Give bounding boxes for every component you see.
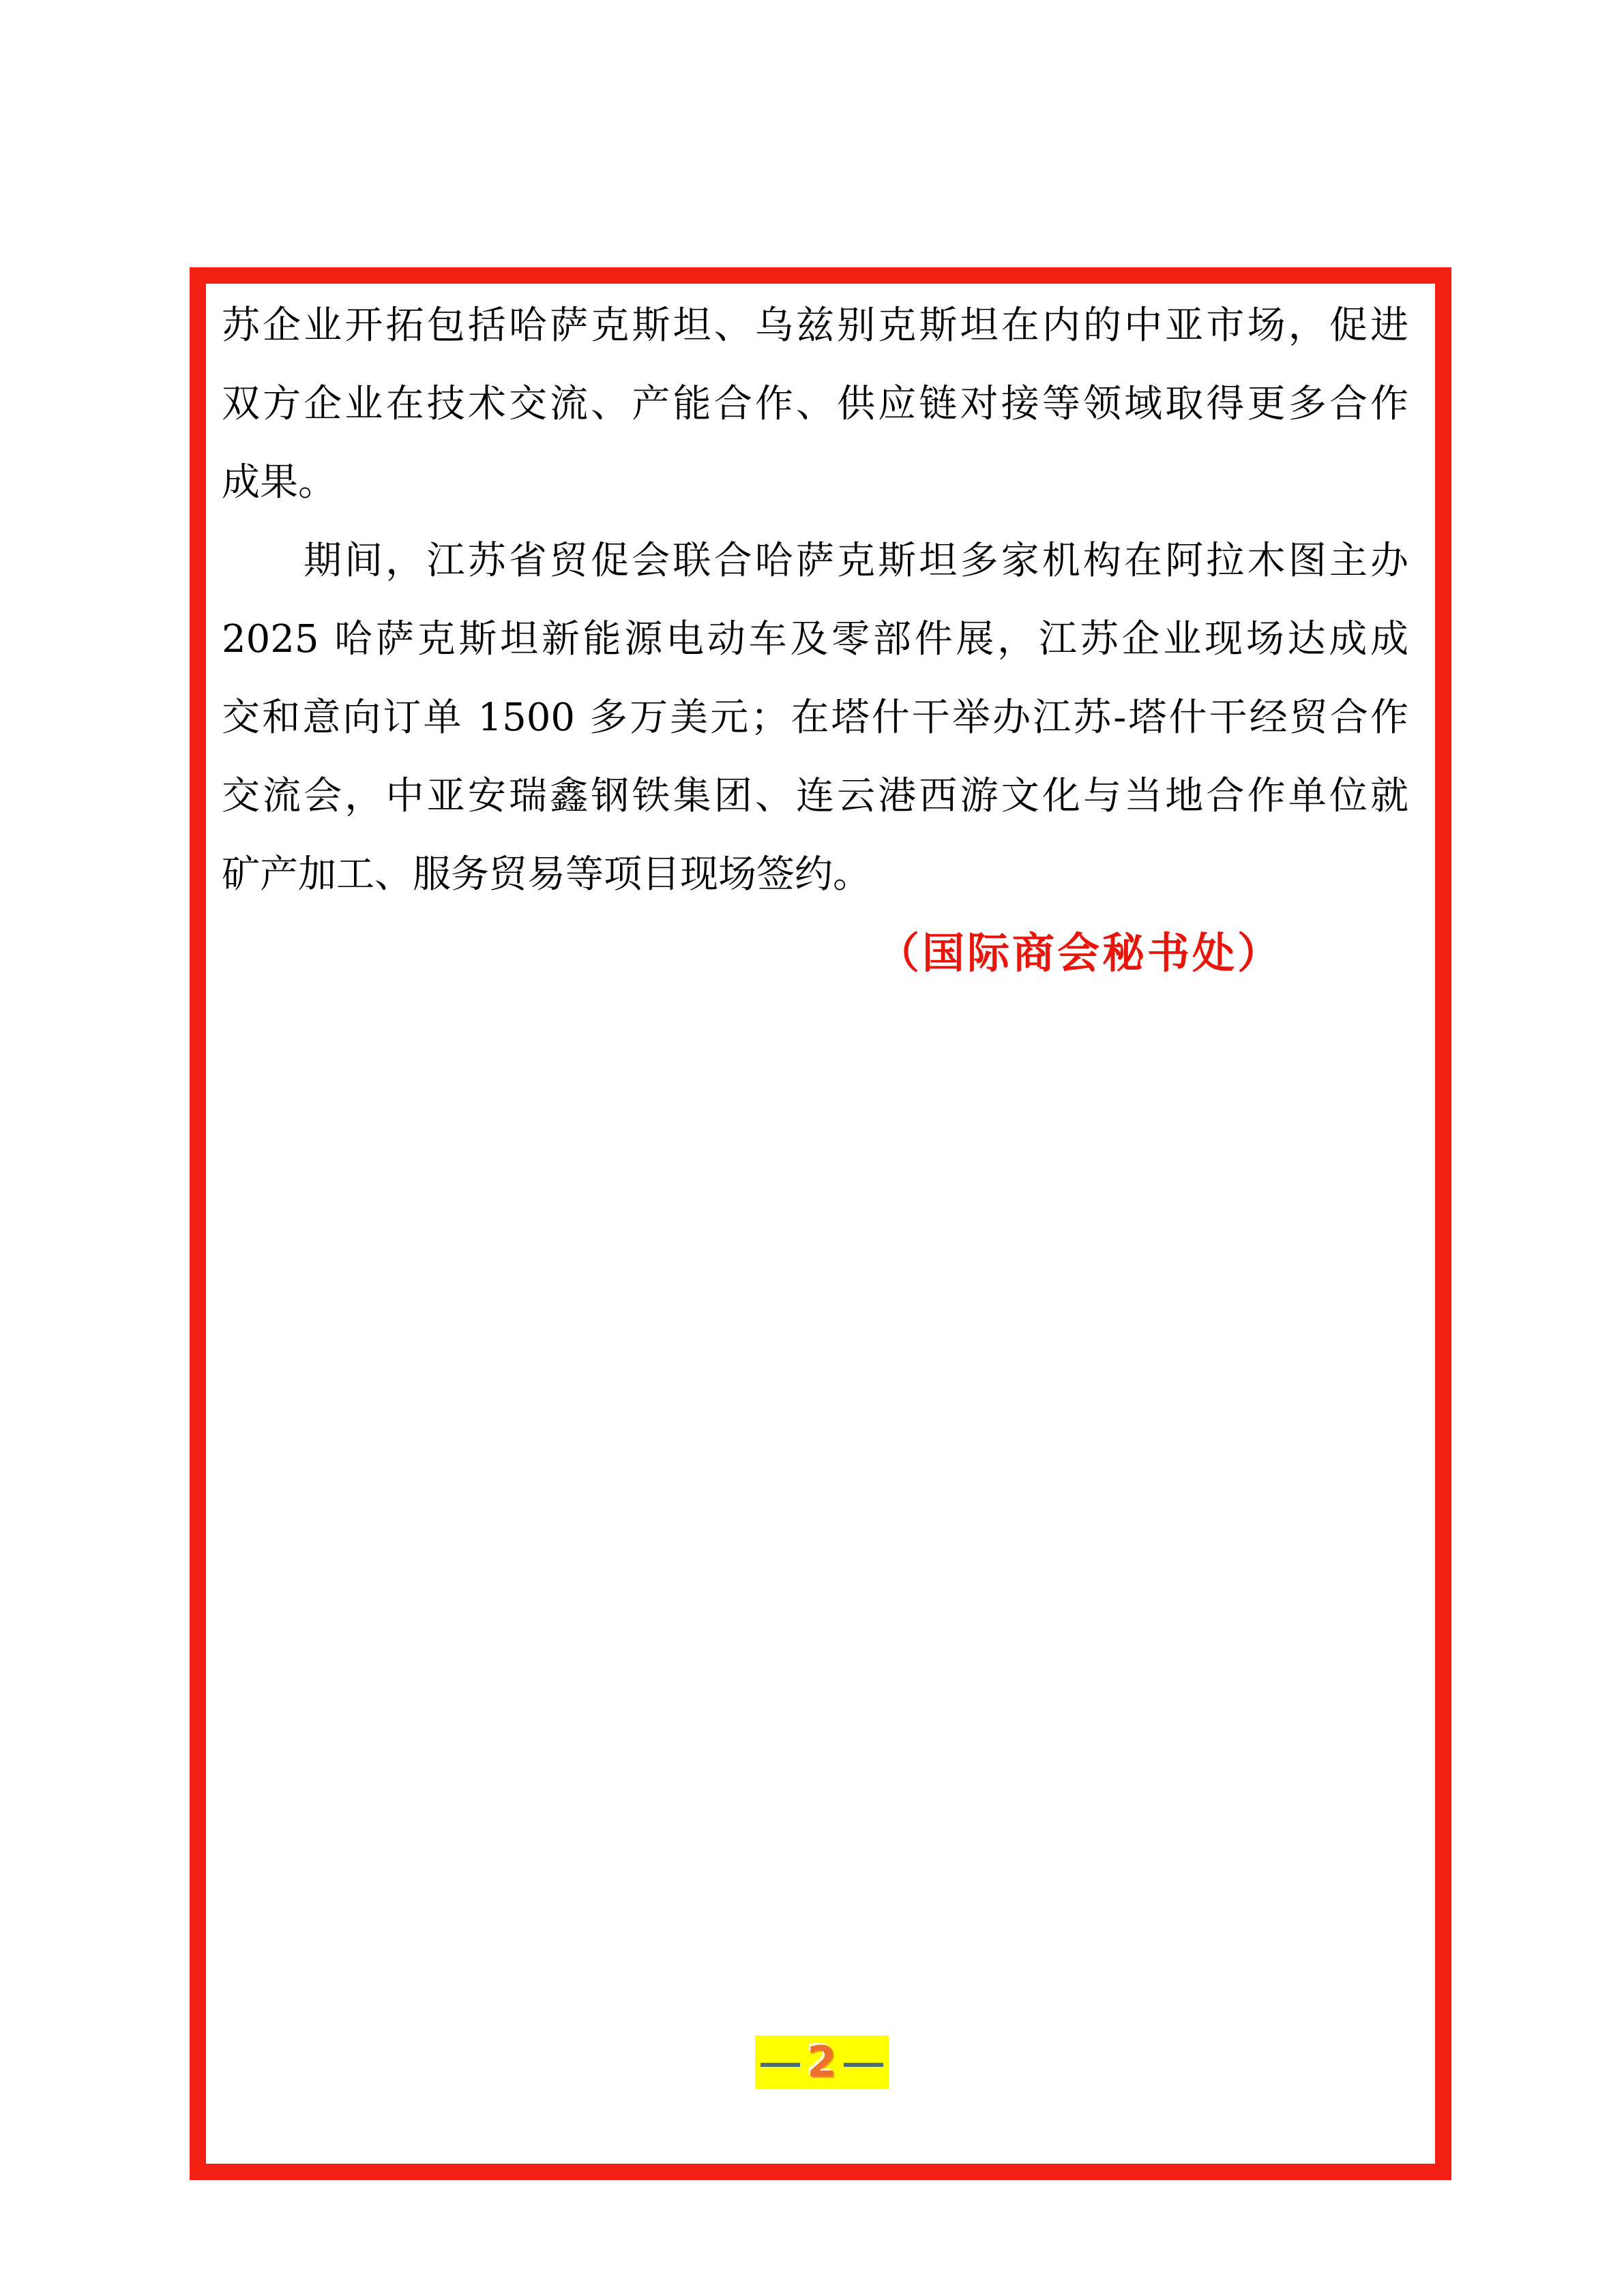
page-background: 苏企业开拓包括哈萨克斯坦、乌兹别克斯坦在内的中亚市场，促进双方企业在技术交流、产… — [0, 0, 1624, 2296]
body-text-line: 矿产加工、服务贸易等项目现场签约。 — [222, 835, 1408, 914]
body-text-line: 2025 哈萨克斯坦新能源电动车及零部件展，江苏企业现场达成成 — [222, 600, 1408, 679]
body-text-line: 交和意向订单 1500 多万美元；在塔什干举办江苏-塔什干经贸合作 — [222, 679, 1408, 757]
body-text-line: 交流会，中亚安瑞鑫钢铁集团、连云港西游文化与当地合作单位就 — [222, 757, 1408, 835]
page-number-left-dash: — — [761, 2063, 800, 2067]
body-text-line: 双方企业在技术交流、产能合作、供应链对接等领域取得更多合作 — [222, 365, 1408, 443]
page-number-badge: — 2 — — [755, 2036, 889, 2089]
document-body: 苏企业开拓包括哈萨克斯坦、乌兹别克斯坦在内的中亚市场，促进双方企业在技术交流、产… — [222, 286, 1408, 992]
page-number-right-dash: — — [844, 2063, 883, 2067]
signature-line: （国际商会秘书处） — [222, 914, 1408, 992]
body-text-line: 成果。 — [222, 443, 1408, 522]
body-text-line: 苏企业开拓包括哈萨克斯坦、乌兹别克斯坦在内的中亚市场，促进 — [222, 286, 1408, 365]
body-lines: 苏企业开拓包括哈萨克斯坦、乌兹别克斯坦在内的中亚市场，促进双方企业在技术交流、产… — [222, 286, 1408, 914]
page-number-value: 2 — [807, 2036, 836, 2089]
body-text-line: 期间，江苏省贸促会联合哈萨克斯坦多家机构在阿拉木图主办 — [222, 522, 1408, 600]
document-page: { "theme": { "page_bg": "#ffffff", "bord… — [0, 0, 1624, 2296]
